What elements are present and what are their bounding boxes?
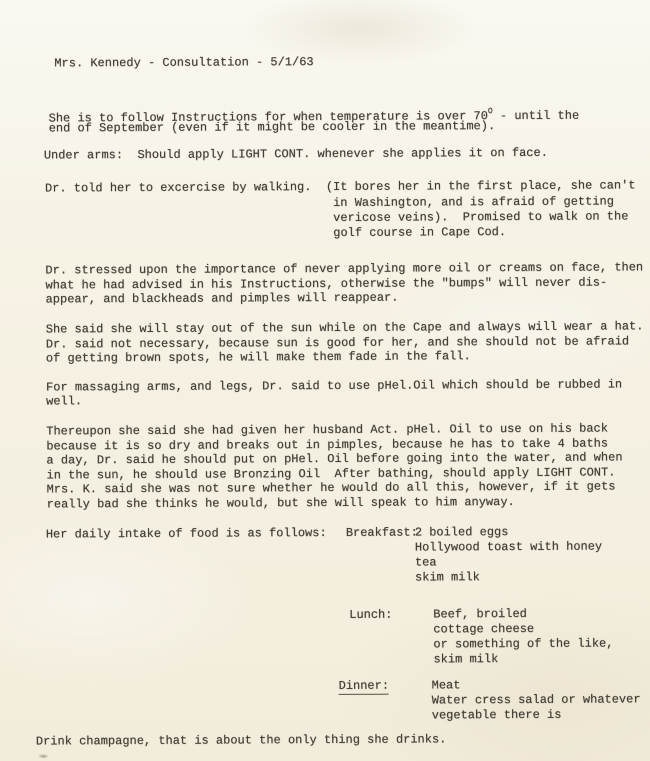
paragraph-husband-line6: really bad she thinks he would, but she … (47, 495, 515, 512)
paragraph-under-arms: Under arms: Should apply LIGHT CONT. whe… (44, 146, 548, 164)
dinner-label-underlined: Dinner: (339, 679, 390, 695)
paragraph-exercise-indent2: vericose veins). Promised to walk on the (333, 209, 628, 226)
paragraph-exercise-line1: Dr. told her to excercise by walking. (I… (45, 178, 636, 196)
paragraph-temperature-line2: end of September (even if it might be co… (49, 119, 496, 136)
lunch-item: or something of the like, (433, 636, 613, 652)
breakfast-label: Breakfast: (346, 526, 418, 541)
paragraph-massage-line2: well. (46, 394, 82, 409)
dinner-item: vegetable there is (432, 708, 562, 724)
lunch-item: cottage cheese (433, 622, 534, 638)
breakfast-item: skim milk (415, 570, 480, 585)
dinner-item: Meat (432, 678, 461, 693)
breakfast-item: tea (415, 555, 437, 570)
paragraph-husband-line5: Mrs. K. said she was not sure whether he… (47, 479, 616, 497)
cut-off-next-line-fragment (37, 754, 53, 760)
lunch-item: skim milk (433, 652, 498, 667)
lunch-item: Beef, broiled (433, 607, 527, 622)
typewritten-document-page: Mrs. Kennedy - Consultation - 5/1/63 She… (0, 0, 650, 761)
paragraph-massage-line1: For massaging arms, and legs, Dr. said t… (46, 377, 622, 395)
lunch-label: Lunch: (349, 608, 392, 623)
temperature-text-cont: - until the (493, 109, 579, 123)
dinner-item: Water cress salad or whatever (432, 692, 641, 708)
breakfast-item: 2 boiled eggs (415, 525, 509, 540)
paragraph-exercise-indent3: golf course in Cape Cod. (333, 225, 506, 241)
paragraph-oil-line3: appear, and blackheads and pimples will … (46, 291, 399, 308)
document-title: Mrs. Kennedy - Consultation - 5/1/63 (54, 55, 313, 71)
document-text-layer: Mrs. Kennedy - Consultation - 5/1/63 She… (0, 0, 650, 761)
breakfast-item: Hollywood toast with honey (415, 540, 602, 556)
dinner-label: Dinner: (339, 679, 389, 694)
paragraph-sun-line3: of getting brown spots, he will make the… (46, 349, 471, 366)
meals-intro: Her daily intake of food is as follows: (46, 526, 327, 542)
paragraph-exercise-indent1: in Washington, and is afraid of getting (333, 194, 614, 210)
closing-line: Drink champagne, that is about the only … (36, 732, 447, 749)
